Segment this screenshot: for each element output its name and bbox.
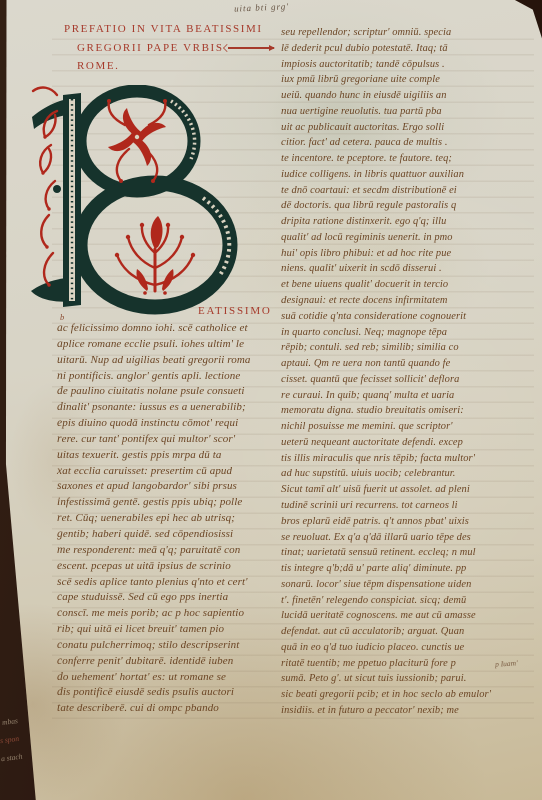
illuminated-initial-B [27,85,253,315]
manuscript-page: uita bti grg' PREFATIO IN VITA BEATISSIM… [0,0,542,800]
manuscript-text-line: cape studuissē. Sed cū ego pps inertia [57,590,273,606]
top-margin-annotation: uita bti grg' [234,0,354,14]
photograph-of-manuscript: { "colors":{ "rubric_red":"#a63a2b","ink… [0,0,542,800]
manuscript-text-line: qualit' ad locū regiminis uenerit. in pm… [281,230,535,246]
adjacent-leaf-text-fragment: a stach [1,752,23,764]
manuscript-text-line: tudinē scrinii uri recurrens. tot carneo… [281,498,535,514]
manuscript-text-line: cisset. quantū que fecisset sollicit' de… [281,372,535,388]
manuscript-text-line: gentib; haberi quidē. sed cōpendiosissi [57,527,273,543]
manuscript-text-line: rēpib; contuli. sed reb; similib; simili… [281,340,535,356]
manuscript-text-line: scē sedis aplice tanto plenius q'nto et … [57,575,273,591]
manuscript-text-line: suā cotidie q'nta consideratione cognoue… [281,309,535,325]
manuscript-text-line: niens. qualit' uixerit in scdō disserui … [281,261,535,277]
manuscript-text-line: aplice romane ecclie psuli. iohes ultim'… [57,337,273,353]
manuscript-text-line: ac felicissimo domno iohi. scē catholice… [57,321,273,337]
manuscript-text-line: sumā. Peto g'. ut sicut tuis iussionib; … [281,671,535,687]
manuscript-text-line: Sicut tamī alt' uisū fuerit ut assolet. … [281,482,535,498]
rubric-line: GREGORII PAPE VRBIS [77,39,274,58]
manuscript-text-line: impiosis auctoritatib; tandē cōpulsus . [281,57,535,73]
manuscript-text-line: ni pontificis. anglor' gentis apli. lect… [57,369,273,385]
manuscript-text-line: seu repellendor; scriptur' omniū. specia [281,25,535,41]
adjacent-leaf-text-fragment: mbas [2,716,19,727]
manuscript-text-line: citior. fact' ad cetera. pauca de multis… [281,135,535,151]
manuscript-text-line: do uehement' hortat' es: ut romane se [57,670,273,686]
rubric-line: ROME. [77,57,274,76]
manuscript-text-line: xat ecclia caruisset: presertim cū apud [57,464,273,480]
manuscript-text-line: dis pontificē eiusdē sedis psulis auctor… [57,685,273,701]
manuscript-text-line: tinat; uarietatū sensuū retinent. eccleq… [281,545,535,561]
rubric-line: PREFATIO IN VITA BEATISSIMI [64,20,274,39]
manuscript-text-line: sonarū. locor' siue tēpm dispensatione u… [281,577,535,593]
manuscript-text-line: ad huc supstitū. uiuis uocib; celebrantu… [281,466,535,482]
manuscript-text-line: tis integre q'b;dā u' parte aliq' diminu… [281,561,535,577]
text-column-right: seu repellendor; scriptur' omniū. specia… [281,25,535,719]
manuscript-text-line: t'. finetēn' relegendo conspiciat. sicq;… [281,593,535,609]
adjacent-leaf-text-fragment: s spon [0,734,19,745]
manuscript-text-line: epis diuino quodā instinctu cōmot' requi [57,416,273,432]
manuscript-text-line: ueiū. quando hunc in eiusdē uigiliis an [281,88,535,104]
rubric-title: PREFATIO IN VITA BEATISSIMI GREGORII PAP… [62,20,274,76]
manuscript-text-line: designaui: et recte docens infirmitatem [281,293,535,309]
manuscript-text-line: tate describerē. cui di ompc pbando [57,701,273,717]
manuscript-text-line: uit ac publicauit auctoritas. Ergo solli [281,120,535,136]
manuscript-text-line: ret. Cūq; uenerabiles epi hec ab utrisq; [57,511,273,527]
manuscript-text-line: insidiis. et in futuro a peccator' nexib… [281,703,535,719]
manuscript-text-line: aptaui. Qm re uera non tantū quando fe [281,356,535,372]
manuscript-text-line: re curaui. In quib; quanq' multa et uari… [281,388,535,404]
manuscript-text-line: defendat. aut cū acculatorib; arguat. Qu… [281,624,535,640]
right-margin-annotation: p Iuam' [495,658,518,669]
manuscript-text-line: escent. pcepas ut uitā ipsius de scrinio [57,559,273,575]
manuscript-text-line: tis illis miraculis que nris tēpib; fact… [281,451,535,467]
manuscript-text-line: rere. cur tant' pontifex qui multor' sco… [57,432,273,448]
manuscript-text-line: ueterū nequeant auctoritate defendi. exc… [281,435,535,451]
manuscript-text-line: hui' opis libro phibui: et ad hoc rite p… [281,246,535,262]
manuscript-text-line: iudice colligens. in libris quattuor aux… [281,167,535,183]
manuscript-text-line: lē dederit pcul dubio potestatē. Itaq; t… [281,41,535,57]
line-filler-arrow-icon [228,47,274,49]
manuscript-text-line: conferre penit' dubitarē. identidē iuben [57,654,273,670]
manuscript-text-line: et bene uiuens qualit' docuerit in terci… [281,277,535,293]
manuscript-text-line: nichil posuisse me memini. que scriptor' [281,419,535,435]
manuscript-text-line: conscī. me meis porib; ac p hoc sapienti… [57,606,273,622]
manuscript-text-line: rib; qui uitā ei licet breuit' tamen pio [57,622,273,638]
manuscript-text-line: iux pmū librū gregoriane uite comple [281,72,535,88]
manuscript-text-line: memoratu digna. studio breuitatis omiser… [281,403,535,419]
manuscript-text-line: te incentore. te pceptore. te fautore. t… [281,151,535,167]
manuscript-text-line: dinalit' psonante: iussus es a uenerabil… [57,400,273,416]
manuscript-text-line: in quarto conclusi. Neq; magnope tēpa [281,325,535,341]
manuscript-text-line: sic beati gregorii pcib; et in hoc seclo… [281,687,535,703]
manuscript-text-line: uitarū. Nup ad uigilias beati gregorii r… [57,353,273,369]
manuscript-text-line: bros eplarū eidē patris. q't annos pbat'… [281,514,535,530]
manuscript-text-line: te dnō coartaui: et secdm distributionē … [281,183,535,199]
rubric-line-text: GREGORII PAPE VRBIS [77,42,224,54]
manuscript-text-line: me responderent: meā q'q; paruitatē con [57,543,273,559]
manuscript-text-line: lucidā ueritatē cognoscens. me aut cū am… [281,608,535,624]
manuscript-text-line: uitas texuerit. gestis ppis mrpa dū ta [57,448,273,464]
manuscript-text-line: nua uertigine reuolutis. tua partū pba [281,104,535,120]
initial-continuation-text: EATISSIMO [198,305,272,317]
manuscript-text-line: quā in eo q'd tuo iudicio placeo. cuncti… [281,640,535,656]
manuscript-text-line: dripita ratione distinxerit. ego q'q; il… [281,214,535,230]
manuscript-text-line: conatu pulcherrimoq; stilo descripserint [57,638,273,654]
text-column-left: ac felicissimo domno iohi. scē catholice… [57,321,273,717]
manuscript-text-line: saxones et apud langobardor' sibi prsus [57,479,273,495]
manuscript-text-line: de paulino ciuitatis nolane psule consue… [57,384,273,400]
manuscript-text-line: se reuoluat. Ex q'a q'dā illarū uario tē… [281,530,535,546]
manuscript-text-line: infestissimā gentē. gestis ppis ubiq; po… [57,495,273,511]
manuscript-text-line: dē doctoris. qua librū regule pastoralis… [281,198,535,214]
